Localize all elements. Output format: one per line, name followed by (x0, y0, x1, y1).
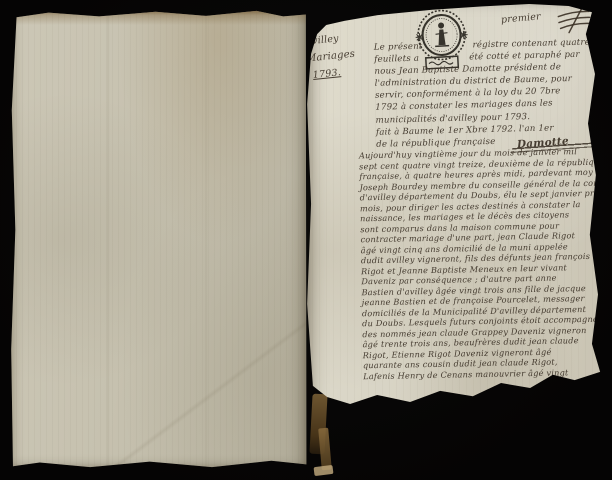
manuscript-line-part: feuillets a (374, 54, 419, 65)
corner-word: premier (501, 11, 542, 25)
right-page-manuscript: avilley Mariages 1793. premier (305, 4, 608, 416)
marriage-act-paragraph: Aujourd'huy vingtième jour du mois de ja… (359, 146, 603, 382)
binding-fragment (318, 428, 332, 471)
left-page-blank (10, 9, 307, 469)
binding-fragment (314, 465, 334, 476)
manuscript-line-part: Le présent (374, 42, 423, 53)
margin-annotation: avilley Mariages 1793. (305, 29, 357, 85)
document-scan: avilley Mariages 1793. premier (0, 0, 612, 480)
margin-annotation-line: 1793. (312, 62, 358, 84)
paraph-flourish-icon (554, 4, 593, 40)
certification-paragraph: Le présentrégistre contenant quatre feui… (374, 36, 605, 150)
